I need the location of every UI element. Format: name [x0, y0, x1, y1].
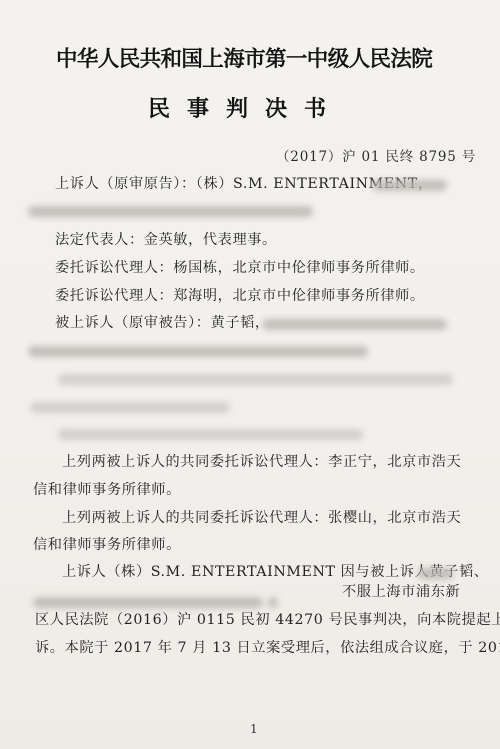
- document-type-heading: 民事判决书: [148, 92, 343, 123]
- agent-line-2: 委托诉讼代理人：郑海明，北京市中伦律师事务所律师。: [55, 287, 425, 305]
- agent-line-1: 委托诉讼代理人：杨国栋，北京市中伦律师事务所律师。: [55, 259, 425, 277]
- redacted-text: [58, 429, 363, 440]
- redacted-text: [28, 346, 368, 357]
- joint-agent-2-continuation: 信和律师事务所律师。: [33, 536, 181, 554]
- redacted-text: [372, 180, 447, 191]
- court-name-heading: 中华人民共和国上海市第一中级人民法院: [56, 42, 432, 73]
- case-number: （2017）沪 01 民终 8795 号: [276, 145, 476, 165]
- body-paragraph-line-2-tail: 不服上海市浦东新: [342, 583, 460, 601]
- document-page: 中华人民共和国上海市第一中级人民法院 民事判决书 （2017）沪 01 民终 8…: [0, 0, 500, 749]
- legal-representative-line: 法定代表人：金英敏，代表理事。: [55, 231, 277, 249]
- body-paragraph-line-3: 区人民法院（2016）沪 0115 民初 44270 号民事判决，向本院提起上: [35, 611, 500, 629]
- redacted-text: [58, 374, 453, 385]
- joint-agent-1-line: 上列两被上诉人的共同委托诉讼代理人：李正宁，北京市浩天: [62, 453, 461, 471]
- redacted-text: [262, 319, 447, 330]
- joint-agent-2-line: 上列两被上诉人的共同委托诉讼代理人：张樱山，北京市浩天: [62, 509, 461, 527]
- redacted-text: [33, 597, 263, 608]
- body-paragraph-line-4: 诉。本院于 2017 年 7 月 13 日立案受理后，依法组成合议庭，于 201…: [35, 639, 500, 657]
- redacted-text: [268, 597, 278, 608]
- joint-agent-1-continuation: 信和律师事务所律师。: [33, 481, 181, 499]
- page-number: 1: [250, 722, 258, 736]
- redacted-text: [28, 206, 313, 217]
- redacted-text: [30, 402, 230, 413]
- redacted-text: [418, 568, 453, 579]
- appellee-line: 被上诉人（原审被告）：黄子韬，: [55, 314, 270, 332]
